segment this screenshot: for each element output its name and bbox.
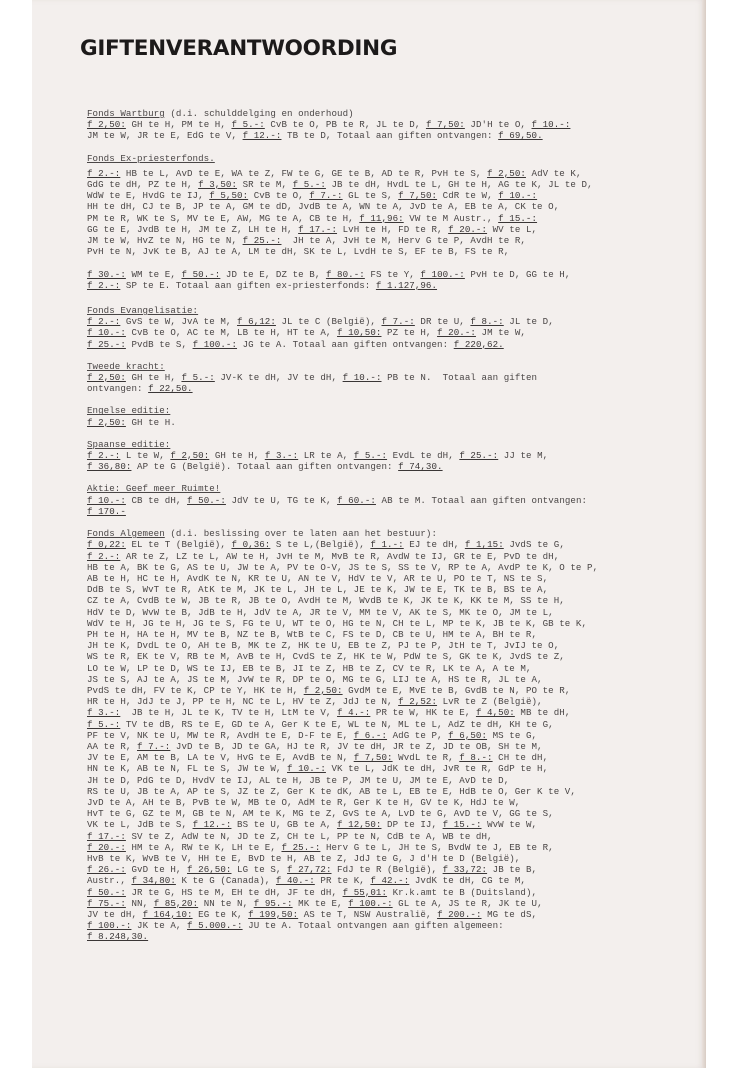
- donor-list: HR te H, JdJ te J, PP te H, NC te L, HV …: [87, 696, 398, 707]
- donation-amount: f 7.-:: [137, 741, 170, 752]
- page-title: GIFTENVERANTWOORDING: [80, 36, 397, 61]
- donor-list: WV te L,: [487, 224, 537, 235]
- donor-list: BS te U, GB te A,: [231, 819, 337, 830]
- donation-amount: f 100.-:: [193, 339, 237, 350]
- fund-heading: Fonds Wartburg: [87, 108, 165, 119]
- donation-line: DdB te S, WvT te R, AtK te M, JK te L, J…: [87, 584, 707, 595]
- donation-amount: f 2,50:: [87, 119, 126, 130]
- donation-line: HR te H, JdJ te J, PP te H, NC te L, HV …: [87, 696, 707, 707]
- donation-amount: f 36,80:: [87, 461, 131, 472]
- donor-list: AR te Z, LZ te L, AW te H, JvH te M, MvB…: [120, 551, 559, 562]
- donor-list: JV te E, AM te B, LA te V, HvG te E, Avd…: [87, 752, 354, 763]
- fund-heading: Fonds Ex-priesterfonds.: [87, 153, 215, 164]
- fund-heading: Spaanse editie:: [87, 439, 170, 450]
- donation-amount: f 10.-:: [287, 763, 326, 774]
- donation-line: f 2.-: AR te Z, LZ te L, AW te H, JvH te…: [87, 551, 707, 562]
- donor-list: Herv G te L, JH te S, BvdW te J, EB te R…: [320, 842, 553, 853]
- document-page: GIFTENVERANTWOORDING Fonds Wartburg (d.i…: [32, 0, 706, 1068]
- donation-amount: f 15.-:: [498, 213, 537, 224]
- donation-line: f 3.-: JB te H, JL te K, TV te H, LtM te…: [87, 707, 707, 718]
- donor-list: PvdS te dH, FV te K, CP te Y, HK te H,: [87, 685, 304, 696]
- donation-amount: f 6.-:: [354, 730, 387, 741]
- donation-line: GG te E, JvdB te H, JM te Z, LH te H, f …: [87, 224, 707, 235]
- donor-list: TB te D, Totaal aan giften ontvangen:: [281, 130, 498, 141]
- donor-list: MG te dS,: [482, 909, 538, 920]
- fund-heading-line: Fonds Algemeen (d.i. beslissing over te …: [87, 528, 707, 539]
- donation-amount: f 17.-:: [298, 224, 337, 235]
- donor-list: JH te A, JvH te M, Herv G te P, AvdH te …: [281, 235, 525, 246]
- donation-amount: f 26,50:: [187, 864, 231, 875]
- donation-line: f 50.-: JR te G, HS te M, EH te dH, JF t…: [87, 887, 707, 898]
- donation-amount: f 5.-:: [354, 450, 387, 461]
- donor-list: PB te N. Totaal aan giften: [382, 372, 538, 383]
- donation-amount: f 4,50:: [476, 707, 515, 718]
- donation-line: HN te K, AB te N, FL te S, JW te W, f 10…: [87, 763, 707, 774]
- donation-amount: f 60.-:: [337, 495, 376, 506]
- donation-amount: f 34,80:: [131, 875, 175, 886]
- donation-amount: f 8.-:: [470, 316, 503, 327]
- donor-list: NN,: [126, 898, 154, 909]
- donor-list: WM te E,: [126, 269, 182, 280]
- donation-amount: f 2,50:: [487, 168, 526, 179]
- donor-list: JV-K te dH, JV te dH,: [215, 372, 343, 383]
- donation-amount: f 2,50:: [87, 372, 126, 383]
- donor-list: GG te E, JvdB te H, JM te Z, LH te H,: [87, 224, 298, 235]
- donation-amount: f 10.-:: [498, 190, 537, 201]
- donor-list: AdV te K,: [526, 168, 582, 179]
- donation-line: ontvangen: f 22,50.: [87, 383, 707, 394]
- donor-list: EvdL te dH,: [387, 450, 459, 461]
- donation-amount: f 20.-:: [448, 224, 487, 235]
- donation-amount: f 42.-:: [370, 875, 409, 886]
- donation-line: HH te dH, CJ te B, JP te A, GM te dD, Jv…: [87, 201, 707, 212]
- donor-list: WdV te H, JG te H, JG te S, FG te U, WT …: [87, 618, 587, 629]
- donor-list: RS te U, JB te A, AP te S, JZ te Z, Ger …: [87, 786, 576, 797]
- donation-line: JV te dH, f 164,10: EG te K, f 199,50: A…: [87, 909, 707, 920]
- donor-list: JD te E, DZ te B,: [220, 269, 326, 280]
- donation-amount: f 5.-:: [181, 372, 214, 383]
- donor-list: GdG te dH, PZ te H,: [87, 179, 198, 190]
- donor-list: VK te L, JdK te dH, JvR te R, GdP te H,: [326, 763, 548, 774]
- donation-amount: f 2,50:: [304, 685, 343, 696]
- donor-list: PM te R, WK te S, MV te E, AW, MG te A, …: [87, 213, 359, 224]
- donor-list: LR te A,: [298, 450, 354, 461]
- donation-line: VK te L, JdB te S, f 12.-: BS te U, GB t…: [87, 819, 707, 830]
- donor-list: JL te C (België),: [276, 316, 382, 327]
- donation-amount: f 74,30.: [398, 461, 442, 472]
- donor-list: JR te G, HS te M, EH te dH, JF te dH,: [126, 887, 343, 898]
- donation-amount: f 4.-:: [337, 707, 370, 718]
- donation-amount: f 27,72:: [287, 864, 331, 875]
- donation-amount: f 220,62.: [454, 339, 504, 350]
- donation-line: f 30.-: WM te E, f 50.-: JD te E, DZ te …: [87, 269, 707, 280]
- donation-line: HvB te K, WvB te V, HH te E, BvD te H, A…: [87, 853, 707, 864]
- donation-line: f 2,50: GH te H.: [87, 417, 707, 428]
- donation-line: f 2.-: GvS te W, JvA te M, f 6,12: JL te…: [87, 316, 707, 327]
- donation-line: f 17.-: SV te Z, AdW te N, JD te Z, CH t…: [87, 831, 707, 842]
- fund-heading-line: Spaanse editie:: [87, 439, 707, 450]
- donation-amount: f 80.-:: [326, 269, 365, 280]
- donation-line: RS te U, JB te A, AP te S, JZ te Z, Ger …: [87, 786, 707, 797]
- donor-list: JM te W, JR te E, EdG te V,: [87, 130, 243, 141]
- donation-line: LO te W, LP te D, WS te IJ, EB te B, JI …: [87, 663, 707, 674]
- donation-amount: f 55,01:: [343, 887, 387, 898]
- donation-amount: f 30.-:: [87, 269, 126, 280]
- donor-list: AS te T, NSW Australië,: [298, 909, 437, 920]
- donor-list: NN te N,: [198, 898, 254, 909]
- donation-amount: f 85,20:: [154, 898, 198, 909]
- donation-amount: f 100.-:: [348, 898, 392, 909]
- donor-list: GH te H,: [126, 372, 182, 383]
- donor-list: JD'H te O,: [465, 119, 532, 130]
- fund-section: Aktie: Geef meer Ruimte!f 10.-: CB te dH…: [87, 483, 707, 517]
- donation-amount: f 2,52:: [398, 696, 437, 707]
- donor-list: WS te R, EK te V, RB te M, AvB te H, Cvd…: [87, 651, 565, 662]
- donor-list: JM te W, HvZ te N, HG te N,: [87, 235, 243, 246]
- donor-list: GvD te H,: [126, 864, 187, 875]
- donation-line: PF te V, NK te U, MW te R, AvdH te E, D-…: [87, 730, 707, 741]
- donation-line: WS te R, EK te V, RB te M, AvB te H, Cvd…: [87, 651, 707, 662]
- donor-list: TV te dB, RS te E, GD te A, Ger K te E, …: [120, 719, 553, 730]
- fund-section: Spaanse editie:f 2.-: L te W, f 2,50: GH…: [87, 439, 707, 473]
- donor-list: PR te K,: [315, 875, 371, 886]
- donation-line: JH te D, PdG te D, HvdV te IJ, AL te H, …: [87, 775, 707, 786]
- donor-list: JM te W,: [476, 327, 526, 338]
- donation-line: HdV te D, WvW te B, JdB te H, JdV te A, …: [87, 607, 707, 618]
- donation-amount: f 25.-:: [87, 339, 126, 350]
- donation-amount: f 26.-:: [87, 864, 126, 875]
- donor-list: GH te H, PM te H,: [126, 119, 232, 130]
- donation-amount: f 7.-:: [382, 316, 415, 327]
- donation-amount: f 199,50:: [248, 909, 298, 920]
- donation-amount: f 7,50:: [426, 119, 465, 130]
- donation-amount: f 50.-:: [187, 495, 226, 506]
- donor-list: HB te A, BK te G, AS te U, JW te A, PV t…: [87, 562, 598, 573]
- donor-list: GH te H.: [126, 417, 176, 428]
- donor-list: JvdK te dH, CG te M,: [409, 875, 526, 886]
- donation-amount: f 95.-:: [254, 898, 293, 909]
- donation-amount: f 3.-:: [265, 450, 298, 461]
- donor-list: CdR te W,: [437, 190, 498, 201]
- donor-list: AA te R,: [87, 741, 137, 752]
- donor-list: SR te M,: [237, 179, 293, 190]
- donor-list: DP te IJ,: [381, 819, 442, 830]
- donation-amount: f 8.-:: [459, 752, 492, 763]
- donation-amount: f 5.000.-:: [187, 920, 243, 931]
- donation-amount: f 6,12:: [237, 316, 276, 327]
- donor-list: JB te H, JL te K, TV te H, LtM te V,: [120, 707, 337, 718]
- donation-line: f 36,80: AP te G (België). Totaal aan gi…: [87, 461, 707, 472]
- donation-amount: f 164,10:: [143, 909, 193, 920]
- donor-list: PZ te H,: [381, 327, 437, 338]
- donation-amount: f 12.-:: [243, 130, 282, 141]
- donor-list: LvH te H, FD te R,: [337, 224, 448, 235]
- donation-amount: f 25.-:: [243, 235, 282, 246]
- donation-line: HB te A, BK te G, AS te U, JW te A, PV t…: [87, 562, 707, 573]
- donor-list: HdV te D, WvW te B, JdB te H, JdV te A, …: [87, 607, 554, 618]
- donor-list: JvD te B, JD te GA, HJ te R, JV te dH, J…: [170, 741, 542, 752]
- donor-list: FdJ te R (België),: [332, 864, 443, 875]
- donor-list: JvD te A, AH te B, PvB te W, MB te O, Ad…: [87, 797, 520, 808]
- donation-amount: f 10.-:: [343, 372, 382, 383]
- donation-line: f 5.-: TV te dB, RS te E, GD te A, Ger K…: [87, 719, 707, 730]
- donor-list: GvS te W, JvA te M,: [120, 316, 237, 327]
- donation-amount: f 7,50:: [354, 752, 393, 763]
- fund-heading: Engelse editie:: [87, 405, 170, 416]
- donation-line: f 20.-: HM te A, RW te K, LH te E, f 25.…: [87, 842, 707, 853]
- donation-amount: f 5.-:: [231, 119, 264, 130]
- donor-list: LO te W, LP te D, WS te IJ, EB te B, JI …: [87, 663, 531, 674]
- donor-list: L te W,: [120, 450, 170, 461]
- donation-amount: f 15.-:: [443, 819, 482, 830]
- donor-list: WvdL te R,: [393, 752, 460, 763]
- donor-list: Kr.k.amt te B (Duitsland),: [387, 887, 537, 898]
- donation-line: JM te W, HvZ te N, HG te N, f 25.-: JH t…: [87, 235, 707, 246]
- donor-list: JH te D, PdG te D, HvdV te IJ, AL te H, …: [87, 775, 509, 786]
- fund-section: Engelse editie:f 2,50: GH te H.: [87, 405, 707, 427]
- donation-line: PvdS te dH, FV te K, CP te Y, HK te H, f…: [87, 685, 707, 696]
- fund-subtitle: (d.i. beslissing over te laten aan het b…: [165, 528, 437, 539]
- donation-amount: f 1.127,96.: [376, 280, 437, 291]
- donation-line: f 100.-: JK te A, f 5.000.-: JU te A. To…: [87, 920, 707, 931]
- donor-list: ontvangen:: [87, 383, 148, 394]
- donor-list: JV te dH,: [87, 909, 143, 920]
- donation-amount: f 2,50:: [170, 450, 209, 461]
- donor-list: PH te H, HA te H, MV te B, NZ te B, WtB …: [87, 629, 537, 640]
- donation-line: JV te E, AM te B, LA te V, HvG te E, Avd…: [87, 752, 707, 763]
- donation-amount: f 25.-:: [281, 842, 320, 853]
- fund-section: Fonds Wartburg (d.i. schulddelging en on…: [87, 108, 707, 142]
- donor-list: LvR te Z (België),: [437, 696, 543, 707]
- donations-list: Fonds Wartburg (d.i. schulddelging en on…: [87, 108, 707, 954]
- donation-amount: f 7.-:: [309, 190, 342, 201]
- donor-list: WvW te W,: [482, 819, 538, 830]
- donor-list: K te G (Canada),: [176, 875, 276, 886]
- donation-amount: f 2,50:: [87, 417, 126, 428]
- donor-list: SP te E. Totaal aan giften ex-priesterfo…: [120, 280, 376, 291]
- donation-line: f 25.-: PvdB te S, f 100.-: JG te A. Tot…: [87, 339, 707, 350]
- donation-amount: f 17.-:: [87, 831, 126, 842]
- donation-amount: f 0,36:: [231, 539, 270, 550]
- donation-amount: f 12,50:: [337, 819, 381, 830]
- donor-list: JB te B,: [487, 864, 537, 875]
- donor-list: MK te E,: [293, 898, 349, 909]
- donor-list: VW te M Austr.,: [404, 213, 498, 224]
- donor-list: GvdM te E, MvE te B, GvdB te N, PO te R,: [343, 685, 571, 696]
- donation-line: HvT te G, GZ te M, GB te N, AM te K, MG …: [87, 808, 707, 819]
- donation-amount: f 3,50:: [198, 179, 237, 190]
- fund-section: Fonds Algemeen (d.i. beslissing over te …: [87, 528, 707, 943]
- donation-amount: f 50.-:: [181, 269, 220, 280]
- donation-line: f 26.-: GvD te H, f 26,50: LG te S, f 27…: [87, 864, 707, 875]
- donor-list: VK te L, JdB te S,: [87, 819, 193, 830]
- donation-line: f 8.248,30.: [87, 931, 707, 942]
- donor-list: HvT te G, GZ te M, GB te N, AM te K, MG …: [87, 808, 554, 819]
- donation-amount: f 1,15:: [465, 539, 504, 550]
- donation-line: PH te H, HA te H, MV te B, NZ te B, WtB …: [87, 629, 707, 640]
- donation-line: f 75.-: NN, f 85,20: NN te N, f 95.-: MK…: [87, 898, 707, 909]
- donor-list: CvB te O,: [248, 190, 309, 201]
- donation-amount: f 170.-: [87, 506, 126, 517]
- fund-heading-line: Aktie: Geef meer Ruimte!: [87, 483, 707, 494]
- donation-amount: f 11,96:: [359, 213, 403, 224]
- donation-line: f 10.-: CvB te O, AC te M, LB te H, HT t…: [87, 327, 707, 338]
- donation-amount: f 10,50:: [337, 327, 381, 338]
- donation-amount: f 6,50:: [448, 730, 487, 741]
- donation-amount: f 2.-:: [87, 280, 120, 291]
- donor-list: LG te S,: [231, 864, 287, 875]
- donation-amount: f 2.-:: [87, 168, 120, 179]
- donation-line: f 2,50: GH te H, f 5.-: JV-K te dH, JV t…: [87, 372, 707, 383]
- fund-heading: Fonds Algemeen: [87, 528, 165, 539]
- donation-line: f 0,22: EL te T (België), f 0,36: S te L…: [87, 539, 707, 550]
- fund-heading-line: Fonds Evangelisatie:: [87, 305, 707, 316]
- donation-amount: f 20.-:: [437, 327, 476, 338]
- donation-amount: f 5.-:: [87, 719, 120, 730]
- donor-list: EG te K,: [193, 909, 249, 920]
- donor-list: PvdB te S,: [126, 339, 193, 350]
- donor-list: JS te S, AJ te A, JS te M, JvW te R, DP …: [87, 674, 543, 685]
- donation-amount: f 5,50:: [209, 190, 248, 201]
- donor-list: PF te V, NK te U, MW te R, AvdH te E, D-…: [87, 730, 354, 741]
- donor-list: PvH te D, GG te H,: [465, 269, 571, 280]
- donation-line: f 2.-: SP te E. Totaal aan giften ex-pri…: [87, 280, 707, 291]
- donation-amount: f 10.-:: [87, 495, 126, 506]
- donor-list: WdW te E, HvdG te IJ,: [87, 190, 209, 201]
- donation-line: f 2.-: HB te L, AvD te E, WA te Z, FW te…: [87, 168, 707, 179]
- donation-line: f 2.-: L te W, f 2,50: GH te H, f 3.-: L…: [87, 450, 707, 461]
- donor-list: AB te H, HC te H, AvdK te N, KR te U, AN…: [87, 573, 548, 584]
- donor-list: FS te Y,: [365, 269, 421, 280]
- fund-heading-line: Fonds Ex-priesterfonds.: [87, 153, 707, 164]
- donation-amount: f 2.-:: [87, 316, 120, 327]
- donor-list: GL te S,: [343, 190, 399, 201]
- donation-line: JM te W, JR te E, EdG te V, f 12.-: TB t…: [87, 130, 707, 141]
- donor-list: JU te A. Totaal ontvangen aan giften alg…: [243, 920, 504, 931]
- donation-line: Austr., f 34,80: K te G (Canada), f 40.-…: [87, 875, 707, 886]
- donor-list: AP te G (België). Totaal aan giften ontv…: [131, 461, 398, 472]
- fund-heading-line: Engelse editie:: [87, 405, 707, 416]
- donation-amount: f 50.-:: [87, 887, 126, 898]
- donation-amount: f 22,50.: [148, 383, 192, 394]
- donation-line: f 170.-: [87, 506, 707, 517]
- donor-list: Austr.,: [87, 875, 131, 886]
- donor-list: HB te L, AvD te E, WA te Z, FW te G, GE …: [120, 168, 487, 179]
- donation-line: PvH te N, JvK te B, AJ te A, LM te dH, S…: [87, 246, 707, 257]
- donor-list: CB te dH,: [126, 495, 187, 506]
- donor-list: MS te G,: [487, 730, 537, 741]
- donation-line: JS te S, AJ te A, JS te M, JvW te R, DP …: [87, 674, 707, 685]
- donation-amount: f 69,50.: [498, 130, 542, 141]
- donor-list: SV te Z, AdW te N, JD te Z, CH te L, PP …: [126, 831, 493, 842]
- donation-amount: f 7,50:: [398, 190, 437, 201]
- fund-section: Tweede kracht:f 2,50: GH te H, f 5.-: JV…: [87, 361, 707, 395]
- donation-line: [87, 257, 707, 268]
- donor-list: JdV te U, TG te K,: [226, 495, 337, 506]
- donor-list: GL te A, JS te R, JK te U,: [393, 898, 543, 909]
- donor-list: HN te K, AB te N, FL te S, JW te W,: [87, 763, 287, 774]
- donation-amount: f 10.-:: [87, 327, 126, 338]
- donor-list: EL te T (België),: [126, 539, 232, 550]
- donation-amount: f 8.248,30.: [87, 931, 148, 942]
- donation-line: AA te R, f 7.-: JvD te B, JD te GA, HJ t…: [87, 741, 707, 752]
- donor-list: DdB te S, WvT te R, AtK te M, JK te L, J…: [87, 584, 548, 595]
- fund-heading: Aktie: Geef meer Ruimte!: [87, 483, 220, 494]
- donor-list: JL te D,: [504, 316, 554, 327]
- donation-line: JH te K, DvdL te O, AH te B, MK te Z, HK…: [87, 640, 707, 651]
- donation-line: WdW te E, HvdG te IJ, f 5,50: CvB te O, …: [87, 190, 707, 201]
- donor-list: CvB te O, AC te M, LB te H, HT te A,: [126, 327, 337, 338]
- donor-list: S te L,(België),: [270, 539, 370, 550]
- fund-section: Fonds Ex-priesterfonds.f 2.-: HB te L, A…: [87, 153, 707, 291]
- donor-list: JG te A. Totaal aan giften ontvangen:: [237, 339, 454, 350]
- donor-list: JJ te M,: [498, 450, 548, 461]
- donation-amount: f 12.-:: [193, 819, 232, 830]
- donation-line: WdV te H, JG te H, JG te S, FG te U, WT …: [87, 618, 707, 629]
- donation-line: AB te H, HC te H, AvdK te N, KR te U, AN…: [87, 573, 707, 584]
- donor-list: PR te W, HK te E,: [370, 707, 476, 718]
- donation-line: f 10.-: CB te dH, f 50.-: JdV te U, TG t…: [87, 495, 707, 506]
- donor-list: EJ te dH,: [404, 539, 465, 550]
- donation-line: JvD te A, AH te B, PvB te W, MB te O, Ad…: [87, 797, 707, 808]
- donation-amount: f 2.-:: [87, 551, 120, 562]
- fund-subtitle: (d.i. schulddelging en onderhoud): [165, 108, 354, 119]
- donor-list: CvB te O, PB te R, JL te D,: [265, 119, 426, 130]
- donation-amount: f 100.-:: [420, 269, 464, 280]
- donation-amount: f 10.-:: [532, 119, 571, 130]
- donor-list: JK te A,: [131, 920, 187, 931]
- donor-list: HvB te K, WvB te V, HH te E, BvD te H, A…: [87, 853, 520, 864]
- donation-amount: f 25.-:: [459, 450, 498, 461]
- fund-heading: Tweede kracht:: [87, 361, 165, 372]
- donation-amount: f 2.-:: [87, 450, 120, 461]
- donation-amount: f 75.-:: [87, 898, 126, 909]
- donor-list: JvdS te G,: [504, 539, 565, 550]
- donation-line: PM te R, WK te S, MV te E, AW, MG te A, …: [87, 213, 707, 224]
- donation-amount: f 0,22:: [87, 539, 126, 550]
- donor-list: DR te U,: [415, 316, 471, 327]
- donor-list: HH te dH, CJ te B, JP te A, GM te dD, Jv…: [87, 201, 559, 212]
- donation-amount: f 100.-:: [87, 920, 131, 931]
- donation-line: CZ te A, CvdB te W, JB te R, JB te O, Av…: [87, 595, 707, 606]
- donor-list: JB te dH, HvdL te L, GH te H, AG te K, J…: [326, 179, 593, 190]
- donor-list: PvH te N, JvK te B, AJ te A, LM te dH, S…: [87, 246, 509, 257]
- donor-list: JH te K, DvdL te O, AH te B, MK te Z, HK…: [87, 640, 559, 651]
- donor-list: MB te dH,: [515, 707, 571, 718]
- fund-heading-line: Tweede kracht:: [87, 361, 707, 372]
- fund-heading-line: Fonds Wartburg (d.i. schulddelging en on…: [87, 108, 707, 119]
- donation-line: f 2,50: GH te H, PM te H, f 5.-: CvB te …: [87, 119, 707, 130]
- fund-heading: Fonds Evangelisatie:: [87, 305, 198, 316]
- donation-line: GdG te dH, PZ te H, f 3,50: SR te M, f 5…: [87, 179, 707, 190]
- donation-amount: f 200.-:: [437, 909, 481, 920]
- donation-amount: f 3.-:: [87, 707, 120, 718]
- donation-amount: f 5.-:: [293, 179, 326, 190]
- donor-list: AdG te P,: [387, 730, 448, 741]
- donor-list: AB te M. Totaal aan giften ontvangen:: [376, 495, 587, 506]
- donor-list: GH te H,: [209, 450, 265, 461]
- donation-amount: f 20.-:: [87, 842, 126, 853]
- donation-amount: f 33,72:: [443, 864, 487, 875]
- donation-amount: f 40.-:: [276, 875, 315, 886]
- donor-list: CZ te A, CvdB te W, JB te R, JB te O, Av…: [87, 595, 565, 606]
- fund-section: Fonds Evangelisatie:f 2.-: GvS te W, JvA…: [87, 305, 707, 350]
- donation-amount: f 1.-:: [370, 539, 403, 550]
- donor-list: HM te A, RW te K, LH te E,: [126, 842, 282, 853]
- donor-list: CH te dH,: [493, 752, 549, 763]
